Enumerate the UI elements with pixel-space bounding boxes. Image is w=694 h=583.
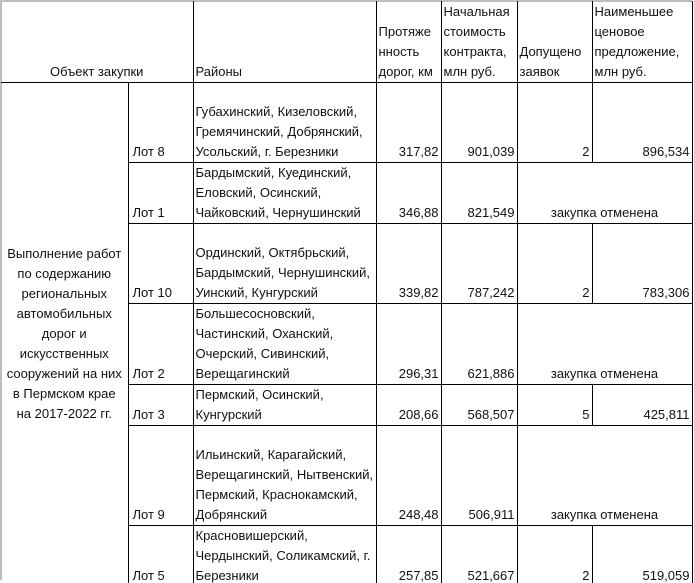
- admitted-bids: 2: [517, 525, 592, 583]
- cancelled-status: закупка отменена: [517, 162, 692, 223]
- districts: Бардымский, Куединский, Еловский, Осинск…: [193, 162, 376, 223]
- initial-cost: 821,549: [441, 162, 517, 223]
- header-row: Объект закупки Районы Протяже нность дор…: [1, 1, 692, 82]
- districts: Ординский, Октябрьский, Бардымский, Черн…: [193, 223, 376, 303]
- lowest-bid: 783,306: [592, 223, 692, 303]
- lot-number: Лот 8: [128, 82, 193, 162]
- road-length: 339,82: [376, 223, 441, 303]
- procurement-object: Выполнение работ по содержанию региональ…: [1, 82, 128, 583]
- initial-cost: 621,886: [441, 303, 517, 384]
- districts: Красновишерский, Чердынский, Соликамский…: [193, 525, 376, 583]
- header-initial-cost: Начальная стоимость контракта, млн руб.: [441, 1, 517, 82]
- road-length: 257,85: [376, 525, 441, 583]
- initial-cost: 901,039: [441, 82, 517, 162]
- initial-cost: 506,911: [441, 425, 517, 525]
- admitted-bids: 5: [517, 384, 592, 425]
- admitted-bids: 2: [517, 223, 592, 303]
- districts: Ильинский, Карагайский, Верещагинский, Н…: [193, 425, 376, 525]
- road-length: 248,48: [376, 425, 441, 525]
- table-row: Выполнение работ по содержанию региональ…: [1, 82, 692, 162]
- lot-number: Лот 9: [128, 425, 193, 525]
- road-length: 296,31: [376, 303, 441, 384]
- admitted-bids: 2: [517, 82, 592, 162]
- lowest-bid: 425,811: [592, 384, 692, 425]
- lowest-bid: 896,534: [592, 82, 692, 162]
- cancelled-status: закупка отменена: [517, 425, 692, 525]
- cancelled-status: закупка отменена: [517, 303, 692, 384]
- road-length: 346,88: [376, 162, 441, 223]
- header-admitted: Допущено заявок: [517, 1, 592, 82]
- districts: Пермский, Осинский, Кунгурский: [193, 384, 376, 425]
- initial-cost: 568,507: [441, 384, 517, 425]
- header-length: Протяже нность дорог, км: [376, 1, 441, 82]
- header-lowest-bid: Наименьшее ценовое предложение, млн руб.: [592, 1, 692, 82]
- road-length: 208,66: [376, 384, 441, 425]
- lot-number: Лот 1: [128, 162, 193, 223]
- districts: Губахинский, Кизеловский, Гремячинский, …: [193, 82, 376, 162]
- districts: Большесосновский, Частинский, Оханский, …: [193, 303, 376, 384]
- lot-number: Лот 3: [128, 384, 193, 425]
- lot-number: Лот 10: [128, 223, 193, 303]
- header-districts: Районы: [193, 1, 376, 82]
- initial-cost: 787,242: [441, 223, 517, 303]
- header-object: Объект закупки: [1, 1, 193, 82]
- lowest-bid: 519,059: [592, 525, 692, 583]
- procurement-table: Объект закупки Районы Протяже нность дор…: [1, 1, 693, 583]
- lot-number: Лот 5: [128, 525, 193, 583]
- initial-cost: 521,667: [441, 525, 517, 583]
- lot-number: Лот 2: [128, 303, 193, 384]
- road-length: 317,82: [376, 82, 441, 162]
